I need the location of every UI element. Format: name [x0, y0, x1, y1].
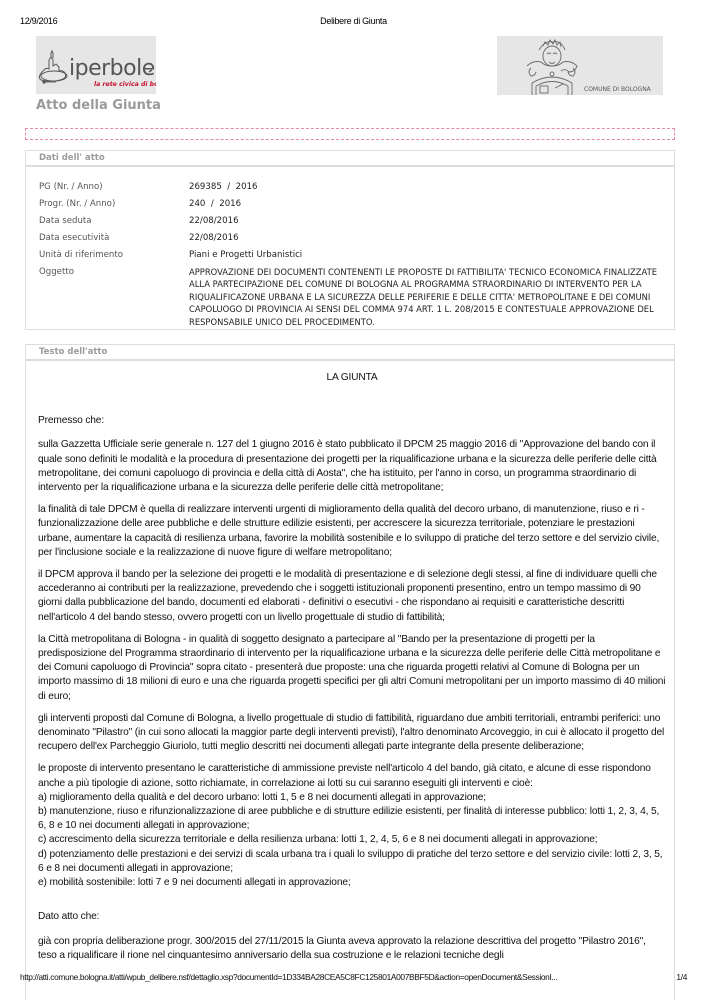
criteria-item: b) manutenzione, riuso e rifunzionalizza… [38, 805, 666, 833]
bologna-towers-icon: iperbole la rete civica di bologna [36, 36, 156, 94]
dati-label: Oggetto [39, 264, 189, 328]
paragraph: il DPCM approva il bando per la selezion… [38, 568, 666, 625]
dati-row-data-seduta: Data seduta 22/08/2016 [39, 213, 669, 230]
testo-atto-header: Testo dell'atto [26, 345, 674, 361]
criteria-item: c) accrescimento della sicurezza territo… [38, 833, 666, 847]
dati-value: 22/08/2016 [189, 230, 669, 247]
print-title: Delibere di Giunta [0, 16, 707, 26]
dato-atto-label: Dato atto che: [38, 910, 666, 924]
dati-value: 240 / 2016 [189, 196, 669, 213]
paragraph: la Città metropolitana di Bologna - in q… [38, 633, 666, 704]
page-number: 1/4 [676, 972, 687, 982]
dati-atto-table: PG (Nr. / Anno) 269385 / 2016 Progr. (Nr… [39, 179, 669, 328]
dati-label: Data seduta [39, 213, 189, 230]
testo-heading: LA GIUNTA [38, 371, 666, 385]
paragraph: gli interventi proposti dal Comune di Bo… [38, 712, 666, 755]
dati-atto-header: Dati dell' atto [26, 151, 674, 167]
criteria-block: le proposte di intervento presentano le … [38, 762, 666, 890]
dati-row-data-esecutivita: Data esecutività 22/08/2016 [39, 230, 669, 247]
dati-value: 22/08/2016 [189, 213, 669, 230]
dati-label: Unità di riferimento [39, 247, 189, 264]
testo-atto-body: LA GIUNTA Premesso che: sulla Gazzetta U… [38, 371, 666, 971]
dati-row-progr: Progr. (Nr. / Anno) 240 / 2016 [39, 196, 669, 213]
criteria-intro: le proposte di intervento presentano le … [38, 762, 666, 790]
criteria-item: e) mobilità sostenibile: lotti 7 e 9 nei… [38, 876, 666, 890]
dati-label: PG (Nr. / Anno) [39, 179, 189, 196]
paragraph: già con propria deliberazione progr. 300… [38, 935, 666, 963]
dati-value-oggetto: APPROVAZIONE DEI DOCUMENTI CONTENENTI LE… [189, 264, 669, 328]
paragraph: sulla Gazzetta Ufficiale serie generale … [38, 438, 666, 495]
page-title: Atto della Giunta [36, 98, 161, 113]
criteria-item: d) potenziamento delle prestazioni e dei… [38, 848, 666, 876]
paragraph: la finalità di tale DPCM è quella di rea… [38, 503, 666, 560]
lion-crest-icon: COMUNE DI BOLOGNA [497, 36, 663, 95]
print-header: 12/9/2016 Delibere di Giunta [0, 16, 707, 30]
dati-row-unita: Unità di riferimento Piani e Progetti Ur… [39, 247, 669, 264]
premesso-label: Premesso che: [38, 414, 666, 428]
svg-text:COMUNE DI BOLOGNA: COMUNE DI BOLOGNA [584, 86, 652, 93]
dati-row-oggetto: Oggetto APPROVAZIONE DEI DOCUMENTI CONTE… [39, 264, 669, 328]
iperbole-logo[interactable]: iperbole la rete civica di bologna [36, 36, 156, 94]
criteria-item: a) miglioramento della qualità e del dec… [38, 791, 666, 805]
svg-text:iperbole: iperbole [69, 56, 155, 81]
dati-label: Progr. (Nr. / Anno) [39, 196, 189, 213]
dati-atto-panel: Dati dell' atto PG (Nr. / Anno) 269385 /… [25, 150, 675, 330]
dati-value: 269385 / 2016 [189, 179, 669, 196]
dati-label: Data esecutività [39, 230, 189, 247]
message-area [25, 128, 675, 140]
svg-text:la rete civica di bologna: la rete civica di bologna [94, 80, 156, 88]
dati-row-pg: PG (Nr. / Anno) 269385 / 2016 [39, 179, 669, 196]
comune-di-bologna-logo[interactable]: COMUNE DI BOLOGNA [497, 36, 663, 95]
page-url[interactable]: http://atti.comune.bologna.it/atti/wpub_… [20, 972, 557, 982]
testo-atto-panel: Testo dell'atto LA GIUNTA Premesso che: … [25, 344, 675, 1000]
dati-value: Piani e Progetti Urbanistici [189, 247, 669, 264]
